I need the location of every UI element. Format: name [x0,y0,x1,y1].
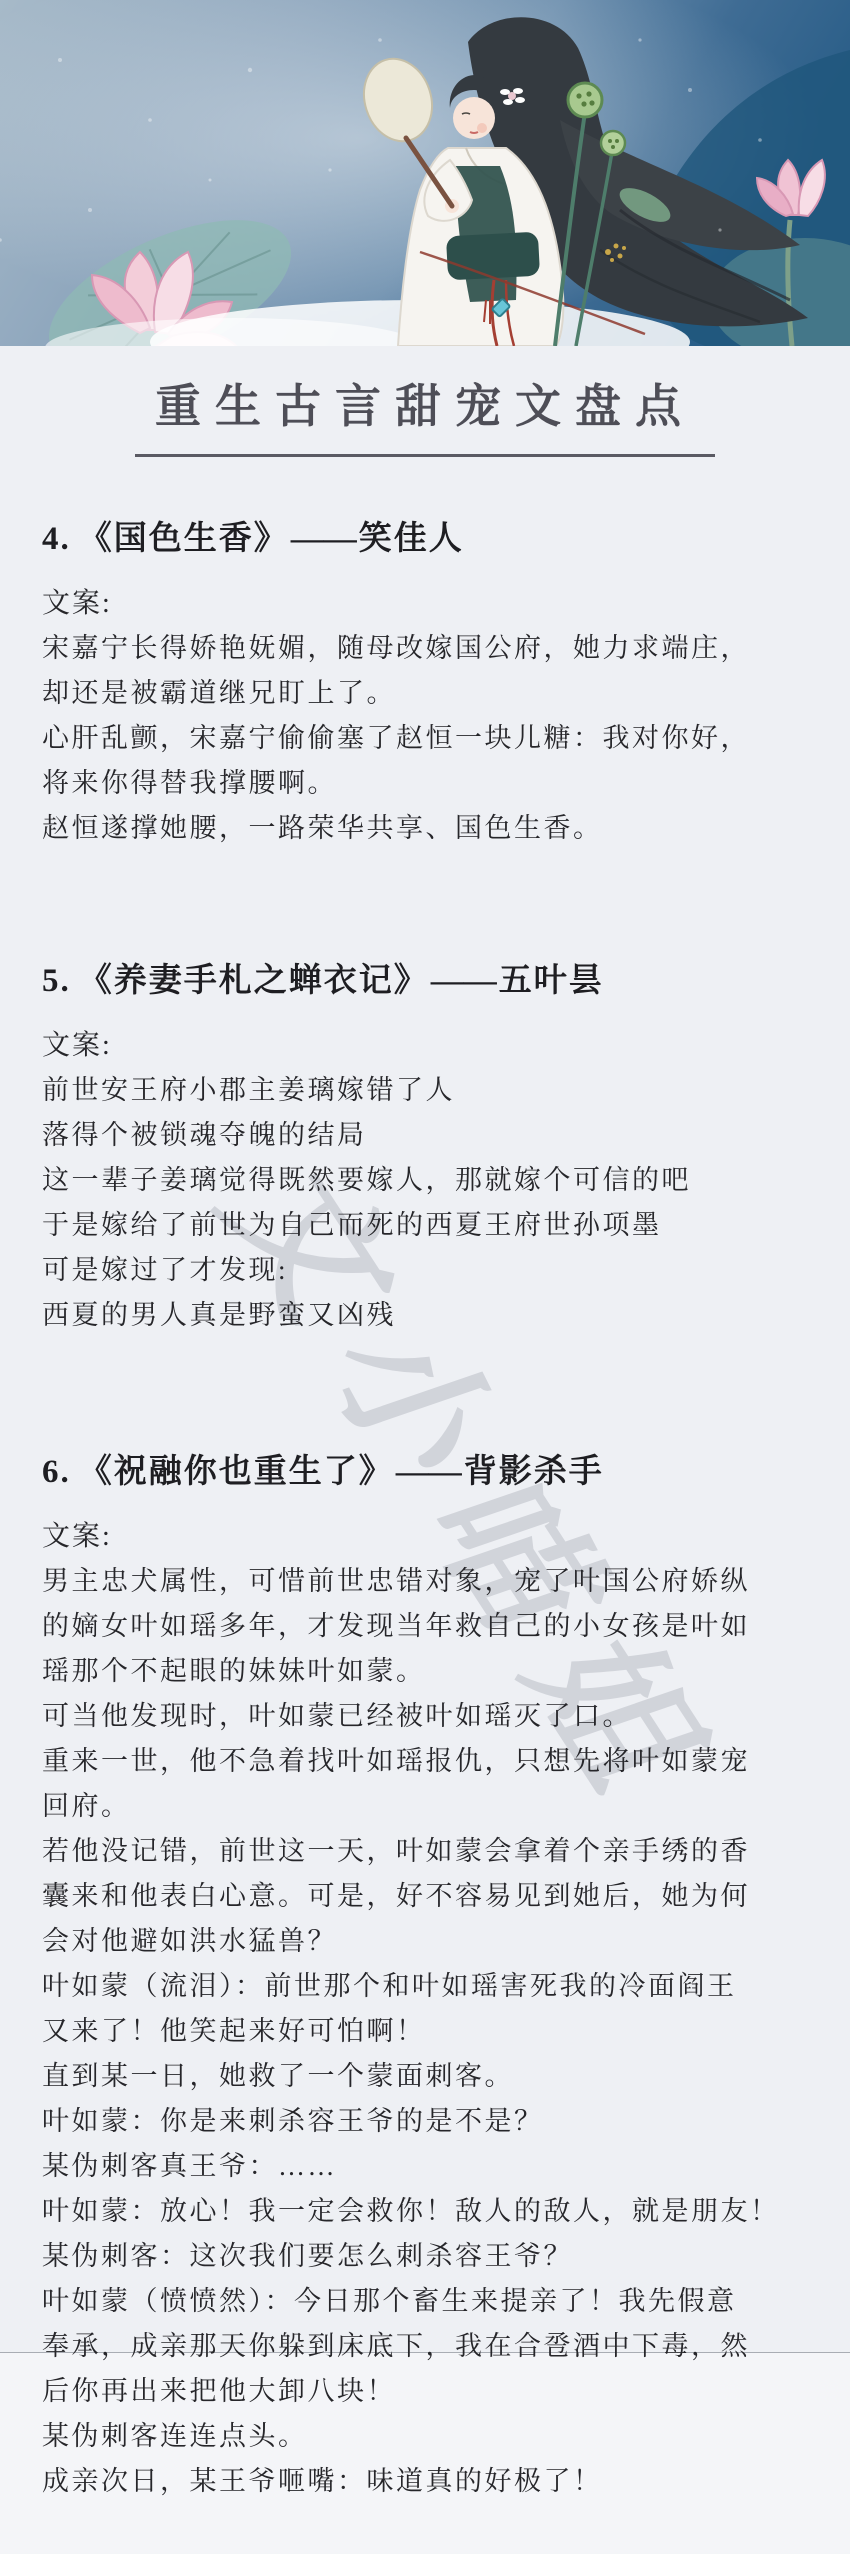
synopsis-label: 文案: [42,581,808,626]
synopsis-line: 将来你得替我撑腰啊。 [42,761,808,806]
long-post-canvas: 重生古言甜宠文盘点 文小喵姐 4.《国色生香》——笑佳人 文案: 宋嘉宁长得娇艳… [0,0,850,2554]
section-heading: 6.《祝融你也重生了》——背影杀手 [42,1450,808,1494]
synopsis-line: 奉承，成亲那天你躲到床底下，我在合卺酒中下毒，然 [42,2324,808,2369]
synopsis-line: 叶如蒙（流泪）：前世那个和叶如瑶害死我的冷面阎王 [42,1964,808,2009]
synopsis-line: 又来了！他笑起来好可怕啊！ [42,2009,808,2054]
synopsis-line: 若他没记错，前世这一天，叶如蒙会拿着个亲手绣的香 [42,1829,808,1874]
obi-belt [446,232,540,281]
book-title: 《养妻手札之蝉衣记》 [79,963,429,999]
author-name: 五叶昙 [499,963,604,999]
header-illustration [0,0,850,346]
synopsis-line: 落得个被锁魂夺魄的结局 [42,1113,808,1158]
synopsis-line: 成亲次日，某王爷咂嘴：味道真的好极了！ [42,2459,808,2504]
synopsis-line: 回府。 [42,1784,808,1829]
synopsis-line: 叶如蒙：放心！我一定会救你！敌人的敌人，就是朋友！ [42,2189,808,2234]
header-illustration-svg [0,0,850,346]
synopsis-label: 文案: [42,1023,808,1068]
section-number: 4. [42,521,71,557]
synopsis-line: 直到某一日，她救了一个蒙面刺客。 [42,2054,808,2099]
section-number: 5. [42,963,71,999]
synopsis-line: 瑶那个不起眼的妹妹叶如蒙。 [42,1649,808,1694]
section-heading: 4.《国色生香》——笑佳人 [42,517,808,561]
synopsis-label: 文案: [42,1514,808,1559]
synopsis-line: 会对他避如洪水猛兽？ [42,1919,808,1964]
book-section-4: 4.《国色生香》——笑佳人 文案: 宋嘉宁长得娇艳妩媚，随母改嫁国公府，她力求端… [42,517,808,851]
synopsis-line: 某伪刺客：这次我们要怎么刺杀容王爷？ [42,2234,808,2279]
book-title: 《祝融你也重生了》 [79,1454,394,1490]
section-number: 6. [42,1454,71,1490]
synopsis-line: 某伪刺客真王爷：…… [42,2144,808,2189]
book-section-5: 5.《养妻手札之蝉衣记》——五叶昙 文案: 前世安王府小郡主姜璃嫁错了人 落得个… [42,959,808,1338]
author-name: 背影杀手 [464,1454,604,1490]
synopsis-line: 男主忠犬属性，可惜前世忠错对象，宠了叶国公府娇纵 [42,1559,808,1604]
synopsis-line: 囊来和他表白心意。可是，好不容易见到她后，她为何 [42,1874,808,1919]
post-content: 4.《国色生香》——笑佳人 文案: 宋嘉宁长得娇艳妩媚，随母改嫁国公府，她力求端… [0,517,850,2504]
page-title: 重生古言甜宠文盘点 [0,376,850,438]
synopsis-line: 赵恒遂撑她腰，一路荣华共享、国色生香。 [42,806,808,851]
heading-dash: —— [396,1454,462,1490]
synopsis-line: 可是嫁过了才发现: [42,1248,808,1293]
synopsis-line: 宋嘉宁长得娇艳妩媚，随母改嫁国公府，她力求端庄， [42,626,808,671]
book-section-6: 6.《祝融你也重生了》——背影杀手 文案: 男主忠犬属性，可惜前世忠错对象，宠了… [42,1450,808,2504]
heading-dash: —— [431,963,497,999]
author-name: 笑佳人 [359,521,464,557]
synopsis-line: 叶如蒙：你是来刺杀容王爷的是不是？ [42,2099,808,2144]
title-underline [135,454,715,457]
title-block: 重生古言甜宠文盘点 [0,376,850,457]
synopsis-line: 某伪刺客连连点头。 [42,2414,808,2459]
synopsis-line: 的嫡女叶如瑶多年，才发现当年救自己的小女孩是叶如 [42,1604,808,1649]
synopsis-line: 重来一世，他不急着找叶如瑶报仇，只想先将叶如蒙宠 [42,1739,808,1784]
synopsis-line: 这一辈子姜璃觉得既然要嫁人，那就嫁个可信的吧 [42,1158,808,1203]
section-heading: 5.《养妻手札之蝉衣记》——五叶昙 [42,959,808,1003]
synopsis-line: 前世安王府小郡主姜璃嫁错了人 [42,1068,808,1113]
synopsis-line: 后你再出来把他大卸八块！ [42,2369,808,2414]
synopsis-line: 心肝乱颤，宋嘉宁偷偷塞了赵恒一块儿糖：我对你好， [42,716,808,761]
synopsis-line: 西夏的男人真是野蛮又凶残 [42,1293,808,1338]
lips [470,132,478,133]
blush [477,123,487,133]
synopsis-line: 叶如蒙（愤愤然）：今日那个畜生来提亲了！我先假意 [42,2279,808,2324]
book-title: 《国色生香》 [79,521,289,557]
synopsis-line: 却还是被霸道继兄盯上了。 [42,671,808,716]
synopsis-line: 可当他发现时，叶如蒙已经被叶如瑶灭了口。 [42,1694,808,1739]
synopsis-line: 于是嫁给了前世为自己而死的西夏王府世孙项墨 [42,1203,808,1248]
heading-dash: —— [291,521,357,557]
